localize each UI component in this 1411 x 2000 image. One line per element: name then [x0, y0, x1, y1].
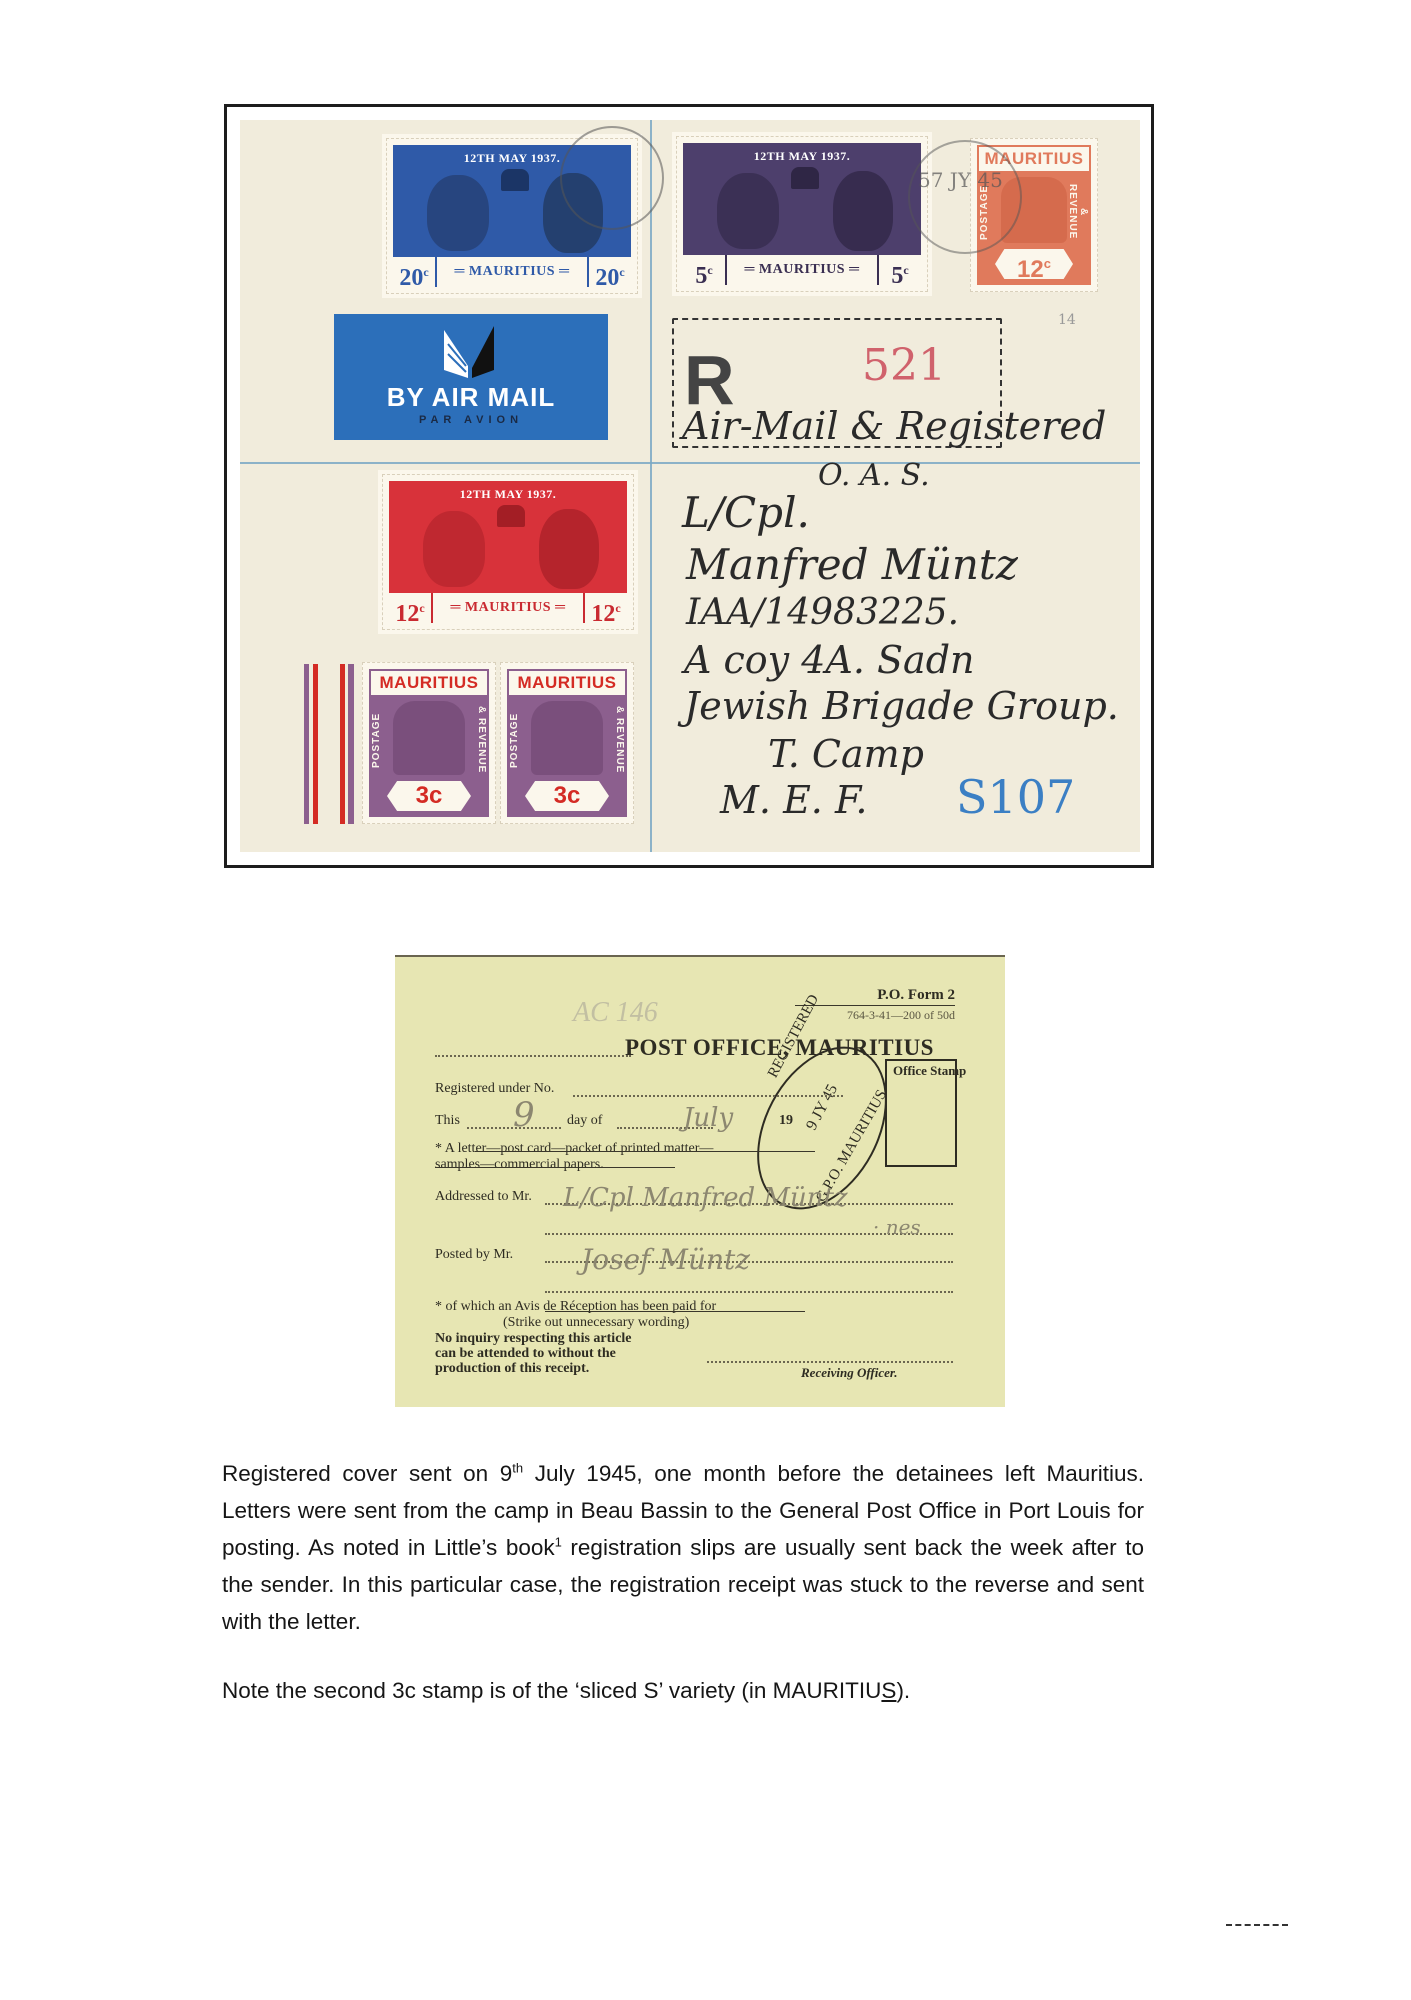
- inquiry-line-3: production of this receipt.: [435, 1361, 589, 1377]
- crown-icon: [791, 167, 819, 189]
- title-dotted-line: [435, 1055, 631, 1057]
- registration-receipt: AC 146 P.O. Form 2 764-3-41—200 of 50d P…: [395, 955, 1005, 1407]
- address-line-rank: L/Cpl.: [682, 488, 810, 537]
- office-stamp-label: Office Stamp: [893, 1063, 966, 1079]
- stamp-value-left: 5c: [683, 255, 725, 285]
- wing-icon: [440, 326, 500, 382]
- stamp-date-label: 12TH MAY 1937.: [683, 143, 921, 169]
- envelope-blue-rule-horizontal: [240, 462, 1140, 464]
- blue-crayon-number: S107: [956, 770, 1075, 824]
- sheet-margin-bars: [304, 664, 358, 824]
- form-number: P.O. Form 2: [877, 987, 955, 1004]
- address-line-oas: O. A. S.: [818, 458, 930, 493]
- king-portrait: [531, 701, 603, 775]
- day-of-label: day of: [567, 1113, 602, 1129]
- stamp-coronation-12c: 12TH MAY 1937. 12c ═ MAURITIUS ═ 12c: [382, 474, 634, 630]
- stamp-side-left: POSTAGE: [509, 703, 525, 777]
- stamp-side-right: & REVENUE: [609, 703, 625, 777]
- address-line-unit: A coy 4A. Sadn: [684, 638, 975, 682]
- airmail-subtitle: PAR AVION: [334, 414, 608, 426]
- underlined-letter: S: [881, 1678, 896, 1703]
- registered-under-label: Registered under No.: [435, 1081, 554, 1097]
- crown-icon: [501, 169, 529, 191]
- note-text: Note the second 3c stamp is of the ‘slic…: [222, 1678, 881, 1703]
- stamp-coronation-5c: 12TH MAY 1937. 5c ═ MAURITIUS ═ 5c: [676, 136, 928, 292]
- stamp-value-right: 20c: [589, 257, 631, 287]
- print-code: 764-3-41—200 of 50d: [847, 1008, 955, 1023]
- king-portrait: [393, 701, 465, 775]
- address-line-brigade: Jewish Brigade Group.: [684, 684, 1119, 728]
- ordinal-suffix: th: [512, 1461, 523, 1476]
- inquiry-line-1: No inquiry respecting this article: [435, 1331, 632, 1347]
- stamp-value-left: 20c: [393, 257, 435, 287]
- stamp-country: ═ MAURITIUS ═: [725, 255, 879, 285]
- addressed-to-label: Addressed to Mr.: [435, 1189, 532, 1205]
- envelope-blue-rule-vertical: [650, 120, 652, 852]
- addressed-value: L/Cpl Manfred Müntz: [563, 1183, 848, 1213]
- stamp-value: 3c: [525, 781, 609, 811]
- month-value: July: [683, 1103, 733, 1133]
- posted-dotted-line-2[interactable]: [545, 1291, 953, 1293]
- address-line-airmail-registered: Air-Mail & Registered: [682, 404, 1106, 448]
- postmark-circle: [560, 126, 664, 230]
- pencil-note: 14: [1058, 312, 1076, 328]
- receipt-top-edge: [395, 955, 1005, 963]
- strikethrough-line: [475, 1151, 815, 1152]
- stamp-side-right: & REVENUE: [1073, 179, 1089, 245]
- this-label: This: [435, 1113, 460, 1129]
- stamp-side-left: POSTAGE: [371, 703, 387, 777]
- note-text: ).: [896, 1678, 910, 1703]
- day-value: 9: [513, 1095, 535, 1135]
- receipt-pencil-note: AC 146: [573, 997, 658, 1029]
- stamp-value-right: 12c: [585, 593, 627, 623]
- stamp-value: 3c: [387, 781, 471, 811]
- caption-paragraph: Registered cover sent on 9th July 1945, …: [222, 1455, 1144, 1640]
- inquiry-line-2: can be attended to without the: [435, 1346, 616, 1362]
- stamp-value-left: 12c: [389, 593, 431, 623]
- postmark-circle: [908, 140, 1022, 254]
- registration-number: 521: [862, 340, 946, 391]
- postmark-date: 57 JY 45: [918, 168, 1003, 192]
- avis-line: * of which an Avis de Réception has been…: [435, 1299, 716, 1315]
- addressed-value-2: · nes: [873, 1215, 921, 1239]
- address-line-name: Manfred Müntz: [686, 540, 1018, 589]
- article-line-1: * A letter—post card—packet of printed m…: [435, 1141, 713, 1157]
- posted-value: Josef Müntz: [581, 1243, 750, 1276]
- stamp-value-right: 5c: [879, 255, 921, 285]
- strikethrough-line: [545, 1311, 805, 1312]
- stamp-definitive-3c-sliced-s: MAURITIUS POSTAGE & REVENUE 3c: [500, 662, 634, 824]
- strikethrough-line: [435, 1167, 675, 1168]
- receiving-officer-dotted-line[interactable]: [707, 1361, 953, 1363]
- strike-note: (Strike out unnecessary wording): [503, 1315, 689, 1331]
- stamp-country: ═ MAURITIUS ═: [431, 593, 585, 623]
- crown-icon: [497, 505, 525, 527]
- address-line-service-number: IAA/14983225.: [686, 592, 959, 633]
- airmail-label: BY AIR MAIL PAR AVION: [334, 314, 608, 440]
- posted-by-label: Posted by Mr.: [435, 1247, 513, 1263]
- footer-separator: [1226, 1924, 1288, 1926]
- receiving-officer-label: Receiving Officer.: [801, 1365, 898, 1381]
- footnote-reference[interactable]: 1: [555, 1535, 562, 1550]
- stamp-value: 12c: [995, 249, 1073, 279]
- stamp-side-right: & REVENUE: [471, 703, 487, 777]
- address-line-camp: T. Camp: [768, 732, 924, 776]
- year-prefix: 19: [779, 1113, 793, 1129]
- article-line-2: samples—commercial papers.: [435, 1157, 604, 1173]
- variety-note: Note the second 3c stamp is of the ‘slic…: [222, 1678, 910, 1704]
- address-line-mef: M. E. F.: [720, 778, 868, 822]
- stamp-definitive-3c: MAURITIUS POSTAGE & REVENUE 3c: [362, 662, 496, 824]
- airmail-title: BY AIR MAIL: [334, 382, 608, 413]
- caption-text: Registered cover sent on 9: [222, 1461, 512, 1486]
- registered-no-dotted-line[interactable]: [573, 1095, 843, 1097]
- stamp-date-label: 12TH MAY 1937.: [389, 481, 627, 507]
- stamp-country: ═ MAURITIUS ═: [435, 257, 589, 287]
